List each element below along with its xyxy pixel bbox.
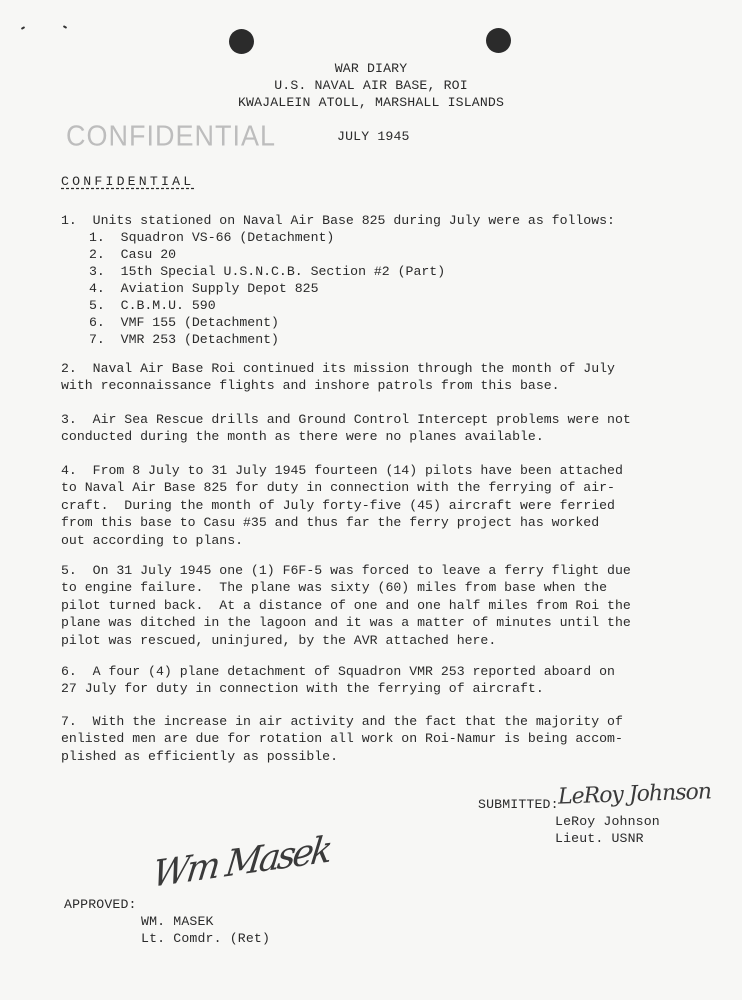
submitter-name: LeRoy Johnson — [555, 813, 660, 831]
paragraph-3: 3. Air Sea Rescue drills and Ground Cont… — [61, 411, 701, 446]
document-title: WAR DIARY — [0, 60, 742, 78]
punch-hole-icon — [486, 28, 511, 53]
unit-list-item: 5. C.B.M.U. 590 — [89, 297, 216, 314]
approver-signature: Wm Masek — [150, 829, 332, 896]
paragraph-5: 5. On 31 July 1945 one (1) F6F-5 was for… — [61, 562, 701, 649]
unit-list-item: 6. VMF 155 (Detachment) — [89, 314, 279, 331]
unit-list-item: 1. Squadron VS-66 (Detachment) — [89, 229, 334, 246]
approved-label: APPROVED: — [64, 896, 137, 914]
classification-label: CONFIDENTIAL — [61, 174, 194, 189]
scan-mark — [21, 26, 25, 30]
paragraph-7: 7. With the increase in air activity and… — [61, 713, 701, 765]
approver-rank: Lt. Comdr. (Ret) — [141, 930, 270, 948]
punch-hole-icon — [229, 29, 254, 54]
unit-list-item: 7. VMR 253 (Detachment) — [89, 331, 279, 348]
document-page: WAR DIARY U.S. NAVAL AIR BASE, ROI KWAJA… — [0, 0, 742, 1000]
document-date: JULY 1945 — [337, 128, 410, 146]
header-line-base: U.S. NAVAL AIR BASE, ROI — [0, 77, 742, 95]
header-line-location: KWAJALEIN ATOLL, MARSHALL ISLANDS — [0, 94, 742, 112]
paragraph-6: 6. A four (4) plane detachment of Squadr… — [61, 663, 701, 698]
submitter-rank: Lieut. USNR — [555, 830, 644, 848]
paragraph-1-intro: 1. Units stationed on Naval Air Base 825… — [61, 212, 701, 229]
unit-list-item: 2. Casu 20 — [89, 246, 176, 263]
paragraph-2: 2. Naval Air Base Roi continued its miss… — [61, 360, 701, 395]
approver-name: WM. MASEK — [141, 913, 214, 931]
paragraph-4: 4. From 8 July to 31 July 1945 fourteen … — [61, 462, 701, 549]
unit-list-item: 4. Aviation Supply Depot 825 — [89, 280, 319, 297]
confidential-stamp: CONFIDENTIAL — [66, 120, 276, 153]
submitted-label: SUBMITTED: — [478, 796, 559, 814]
scan-mark — [63, 25, 67, 29]
unit-list-item: 3. 15th Special U.S.N.C.B. Section #2 (P… — [89, 263, 445, 280]
submitter-signature: LeRoy Johnson — [558, 779, 712, 809]
